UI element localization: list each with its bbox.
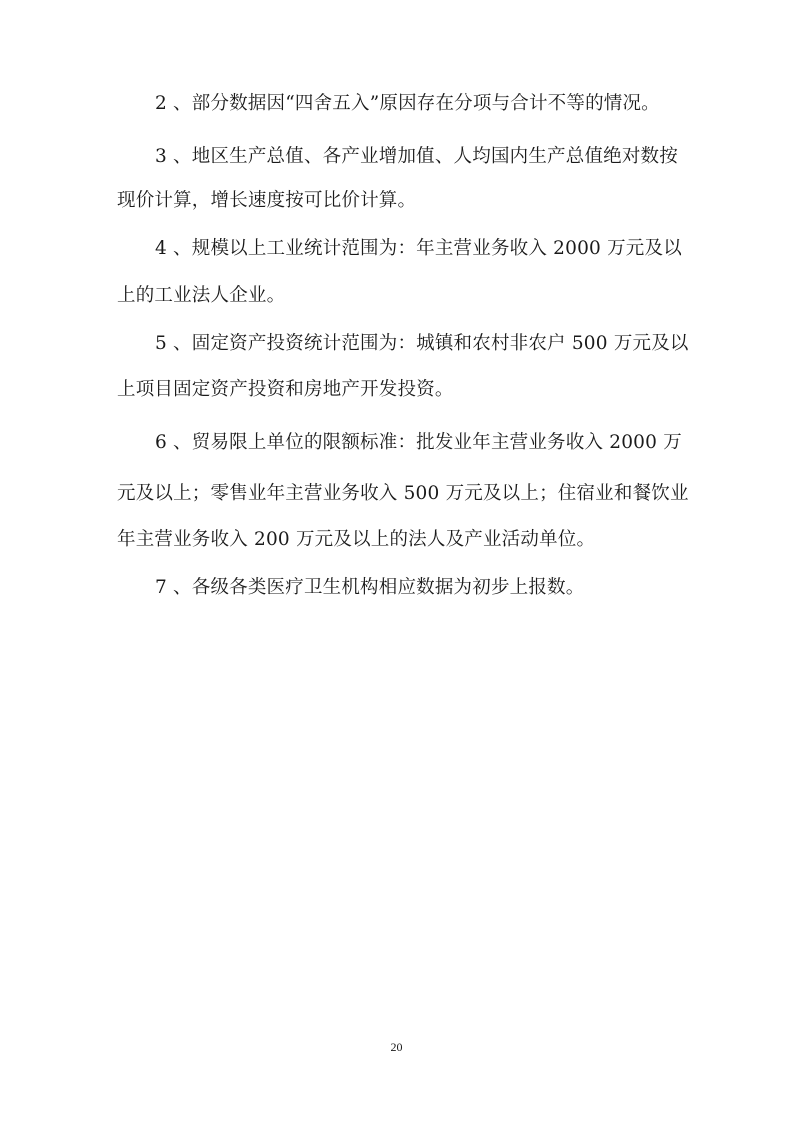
page-number: 20 [0,1040,793,1055]
note-7: 7 、各级各类医疗卫生机构相应数据为初步上报数。 [155,576,715,600]
note-6-line-1: 6 、贸易限上单位的限额标准：批发业年主营业务收入 2000 万 [155,431,715,455]
note-6-line-3: 年主营业务收入 200 万元及以上的法人及产业活动单位。 [117,528,677,552]
note-6-line-2: 元及以上；零售业年主营业务收入 500 万元及以上；住宿业和餐饮业 [117,482,677,506]
note-3-line-1: 3 、地区生产总值、各产业增加值、人均国内生产总值绝对数按 [155,145,715,169]
note-4-line-1: 4 、规模以上工业统计范围为：年主营业务收入 2000 万元及以 [155,237,715,261]
note-5-line-1: 5 、固定资产投资统计范围为：城镇和农村非农户 500 万元及以 [155,332,715,356]
document-page: 2 、部分数据因“四舍五入”原因存在分项与合计不等的情况。 3 、地区生产总值、… [0,0,793,1122]
note-4-line-2: 上的工业法人企业。 [117,284,677,308]
note-2: 2 、部分数据因“四舍五入”原因存在分项与合计不等的情况。 [155,92,715,116]
note-3-line-2: 现价计算，增长速度按可比价计算。 [117,189,677,213]
note-5-line-2: 上项目固定资产投资和房地产开发投资。 [117,378,677,402]
